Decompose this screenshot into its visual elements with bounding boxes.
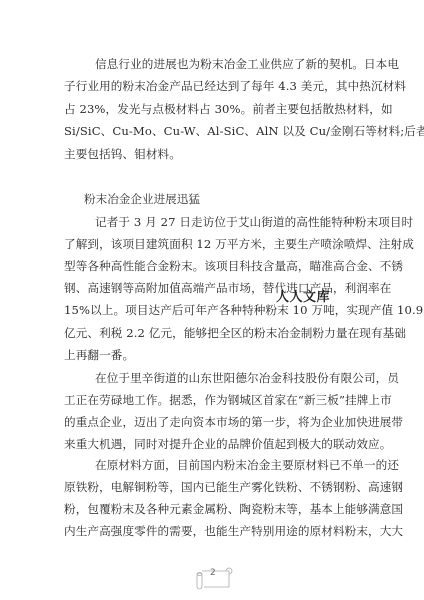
- paragraph-line: 在位于里辛街道的山东世阳德尔冶金科技股份有限公司，员: [95, 369, 360, 387]
- paragraph-line: 子行业用的粉末冶金产品已经达到了每年 4.3 美元，其中热沉材料: [64, 77, 360, 95]
- watermark-logo: 人人文库: [276, 286, 330, 305]
- paragraph-line: 主要包括钨、钼材料。: [64, 145, 360, 163]
- paragraph-line: 的重点企业，迈出了走向资本市场的第一步，将为企业加快进展带: [64, 413, 360, 431]
- paragraph-line: 内生产高强度零件的需要，也能生产特别用途的原材料粉末，大大: [64, 522, 360, 540]
- document-page: 信息行业的进展也为粉末冶金工业供应了新的契机。日本电 子行业用的粉末冶金产品已经…: [0, 0, 424, 600]
- paragraph-line: 来重大机遇，同时对提升企业的品牌价值起到极大的联动效应。: [64, 435, 360, 453]
- page-number: 2: [210, 568, 216, 578]
- paragraph-line: 占 23%，发光与点极材料占 30%。前者主要包括散热材料，如: [64, 100, 360, 118]
- paragraph-line: 上再翻一番。: [64, 346, 360, 364]
- paragraph-line: 了解到，该项目建筑面积 12 万平方米，主要生产喷涂喷焊、注射成: [64, 235, 360, 253]
- paragraph-line: 信息行业的进展也为粉末冶金工业供应了新的契机。日本电: [95, 55, 360, 73]
- paragraph-line: 亿元、利税 2.2 亿元，能够把全区的粉末冶金制粉力量在现有基础: [64, 324, 360, 342]
- paragraph-line: 型等各种高性能合金粉末。该项目科技含量高，瞄准高合金、不锈: [64, 257, 360, 275]
- paragraph-line: 原铁粉，电解铜粉等，国内已能生产雾化铁粉、不锈钢粉、高速钢: [64, 478, 360, 496]
- paragraph-line: 记者于 3 月 27 日走访位于艾山街道的高性能特种粉末项目时: [95, 213, 360, 231]
- paragraph-line: 工正在劳碌地工作。据悉，作为钢城区首家在“新三板”挂牌上市: [64, 391, 360, 409]
- section-heading: 粉末冶金企业进展迅猛: [84, 190, 200, 208]
- paragraph-line: 粉，包覆粉末及各种元素金属粉、陶瓷粉末等，基本上能够满意国: [64, 500, 360, 518]
- paragraph-line: Si/SiC、Cu-Mo、Cu-W、Al-SiC、AlN 以及 Cu/金刚石等材…: [64, 122, 360, 140]
- paragraph-line: 在原材料方面，目前国内粉末冶金主要原材料已不单一的还: [95, 456, 360, 474]
